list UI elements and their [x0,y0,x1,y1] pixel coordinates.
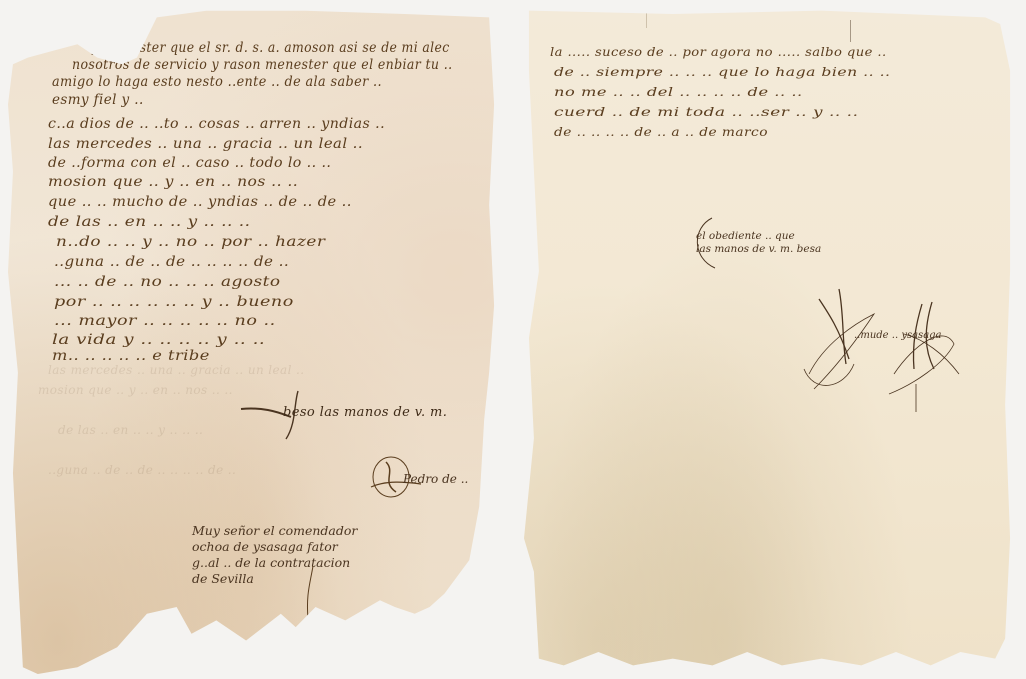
signature-rubric-icon [794,284,964,414]
address-block: Muy señor el comendador ochoa de ysasaga… [192,523,357,587]
manuscript-leaf-left: las mercedes .. una .. gracia .. un leal… [8,4,504,674]
address-flourish-icon [298,564,328,624]
manuscript-line: m.. .. .. .. .. e tribe [52,350,210,364]
show-through-text: ..guna .. de .. de .. .. .. .. de .. [48,464,236,476]
manuscript-line: ... mayor .. .. .. .. .. no .. [54,315,276,329]
manuscript-line: no me .. .. del .. .. .. .. de .. .. [554,86,803,99]
paper-crease [646,10,647,28]
show-through-text: las mercedes .. una .. gracia .. un leal… [48,364,304,376]
signature: Pedro de .. [403,472,468,486]
manuscript-line: c..a dios de .. ..to .. cosas .. arren .… [48,118,385,132]
manuscript-line: n..do .. .. y .. no .. por .. hazer [56,236,325,250]
manuscript-line: ..guna .. de .. de .. .. .. .. de .. [54,256,289,270]
manuscript-line: que .. .. mucho de .. yndias .. de .. de… [48,196,352,210]
manuscript-line: de ..forma con el .. caso .. todo lo .. … [48,157,331,171]
address-line: Muy señor el comendador [192,523,357,539]
manuscript-line: de .. siempre .. .. .. que lo haga bien … [554,66,891,79]
address-line: g..al .. de la contratacion [192,555,357,571]
manuscript-line: de .. .. .. .. de .. a .. de marco [554,126,768,139]
paper-crease [850,20,851,42]
address-line: de Sevilla [192,571,357,587]
manuscript-line: nosotros de servicio y rason menester qu… [72,59,452,73]
show-through-text: mosion que .. y .. en .. nos .. .. [38,384,233,396]
manuscript-line: por .. .. .. .. .. .. y .. bueno [54,296,294,310]
manuscript-leaf-right: la ..... suceso de .. por agora no .....… [524,4,1020,672]
signature: ..mude .. ysasaga [854,330,942,342]
manuscript-line: la vida y .. .. .. .. y .. .. [52,334,265,348]
manuscript-line: y menester que el sr. d. s. a. amoson as… [92,42,450,56]
closing-line: beso las manos de v. m. [283,406,447,419]
closing-block: el obediente .. que las manos de v. m. b… [696,230,821,256]
manuscript-line: ... .. de .. no .. .. .. agosto [54,276,281,290]
manuscript-line: cuerd .. de mi toda .. ..ser .. y .. .. [554,106,858,119]
address-line: ochoa de ysasaga fator [192,539,357,555]
closing-line: las manos de v. m. besa [696,243,821,256]
manuscript-line: la ..... suceso de .. por agora no .....… [550,46,887,59]
manuscript-line: de las .. en .. .. y .. .. .. [48,216,250,230]
manuscript-line: amigo lo haga esto nesto ..ente .. de al… [52,76,382,90]
closing-line: el obediente .. que [696,230,821,243]
manuscript-line: las mercedes .. una .. gracia .. un leal… [48,138,363,152]
manuscript-line: esmy fiel y .. [52,94,144,108]
manuscript-line: mosion que .. y .. en .. nos .. .. [48,176,298,190]
show-through-text: de las .. en .. .. y .. .. .. [58,424,203,436]
